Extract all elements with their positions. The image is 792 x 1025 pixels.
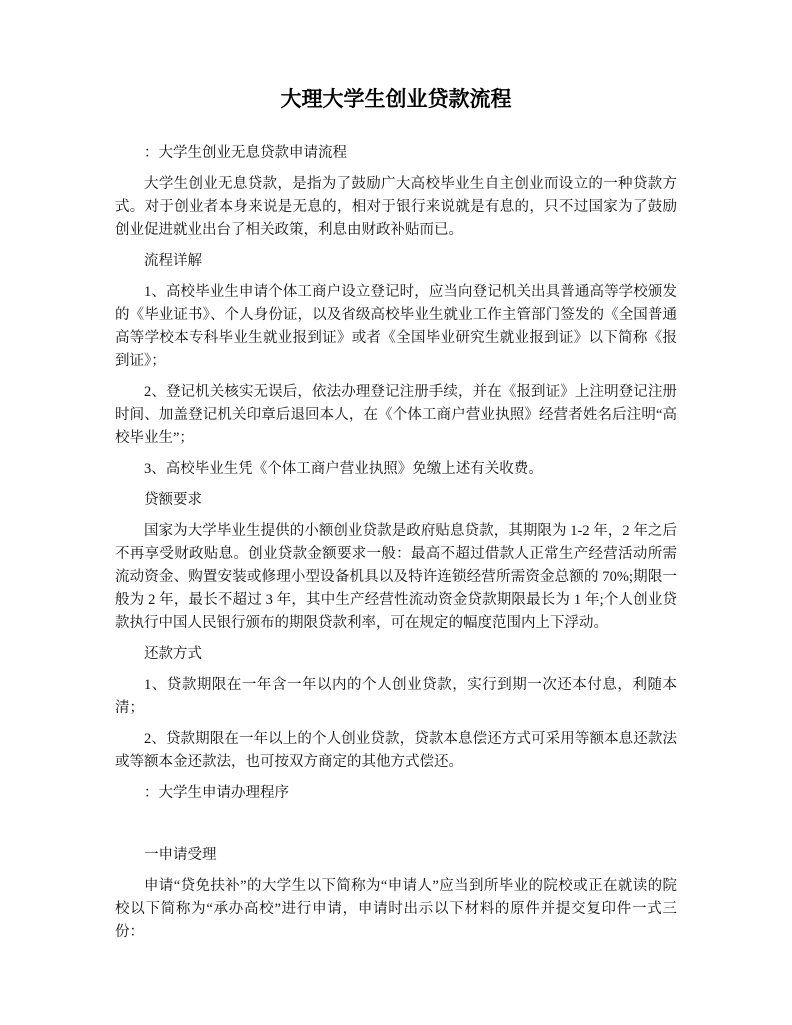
paragraph: 1、贷款期限在一年含一年以内的个人创业贷款，实行到期一次还本付息，利随本清； [115,674,677,720]
paragraph: ：大学生申请办理程序 [115,782,677,805]
empty-paragraph [115,813,677,836]
paragraph: ：大学生创业无息贷款申请流程 [115,142,677,165]
document-body: ：大学生创业无息贷款申请流程大学生创业无息贷款，是指为了鼓励广大高校毕业生自主创… [115,142,677,944]
paragraph: 2、贷款期限在一年以上的个人创业贷款，贷款本息偿还方式可采用等额本息还款法或等额… [115,728,677,774]
paragraph: 2、登记机关核实无误后，依法办理登记注册手续，并在《报到证》上注明登记注册时间、… [115,381,677,450]
paragraph: 流程详解 [115,250,677,273]
paragraph: 一申请受理 [115,844,677,867]
paragraph: 大学生创业无息贷款，是指为了鼓励广大高校毕业生自主创业而设立的一种贷款方式。对于… [115,173,677,242]
paragraph: 1、高校毕业生申请个体工商户设立登记时，应当向登记机关出具普通高等学校颁发的《毕… [115,281,677,373]
paragraph: 3、高校毕业生凭《个体工商户营业执照》免缴上述有关收费。 [115,458,677,481]
document-page: 大理大学生创业贷款流程 ：大学生创业无息贷款申请流程大学生创业无息贷款，是指为了… [0,0,792,1025]
paragraph: 申请“贷免扶补”的大学生以下简称为“申请人”应当到所毕业的院校或正在就读的院校以… [115,875,677,944]
document-title: 大理大学生创业贷款流程 [115,84,677,114]
paragraph: 国家为大学毕业生提供的小额创业贷款是政府贴息贷款，其期限为 1-2 年，2 年之… [115,520,677,635]
paragraph: 贷额要求 [115,489,677,512]
paragraph: 还款方式 [115,643,677,666]
